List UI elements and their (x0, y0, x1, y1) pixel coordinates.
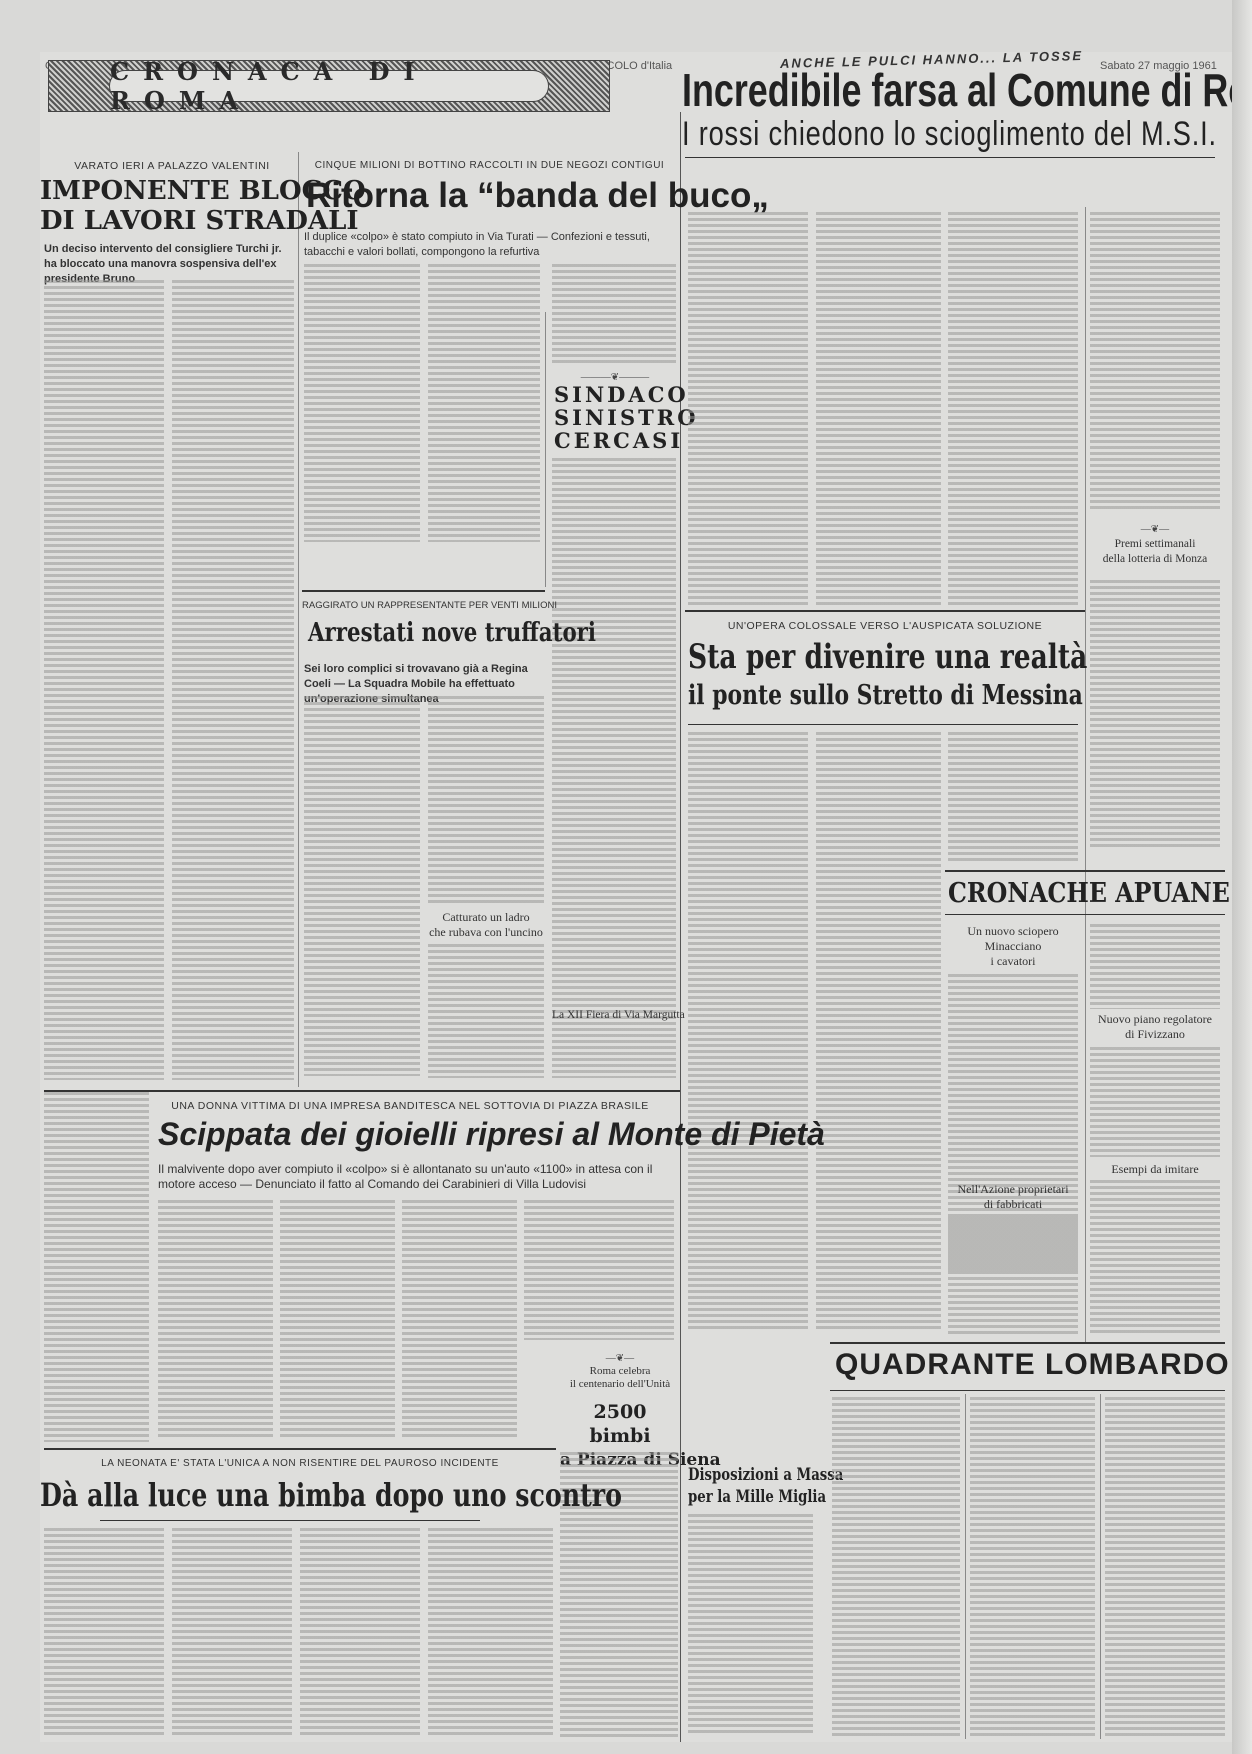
headline-rule (685, 157, 1215, 158)
section-rule (302, 590, 545, 592)
article-body-text (1090, 580, 1220, 850)
article-headline: Dà alla luce una bimba dopo uno scontro (40, 1476, 622, 1514)
column-divider (1085, 207, 1086, 1342)
article-headline: Un nuovo sciopero Minacciano i cavatori (948, 924, 1078, 969)
article-body-text (428, 264, 540, 542)
article-body-text (688, 1514, 813, 1736)
section-rule (830, 1390, 1225, 1391)
article-kicker: UN'OPERA COLOSSALE VERSO L'AUSPICATA SOL… (685, 620, 1085, 632)
article-body-text (304, 696, 420, 1076)
column-divider (965, 1394, 966, 1739)
article-body-text (1090, 212, 1220, 512)
article-body-text (1090, 924, 1220, 1009)
article-kicker: UNA DONNA VITTIMA DI UNA IMPRESA BANDITE… (140, 1100, 680, 1112)
section-banner: CRONACA DI ROMA (48, 60, 610, 112)
newspaper-page: Quarta pagina IL SECOLO d'Italia Sabato … (40, 52, 1232, 1742)
article-headline: Arrestati nove truffatori (308, 618, 596, 648)
article-body-text (44, 280, 164, 1080)
article-body-text (832, 1397, 960, 1737)
section-rule (830, 1342, 1225, 1344)
article-body-text (428, 696, 544, 906)
article-headline: Nuovo piano regolatore di Fivizzano (1090, 1012, 1220, 1042)
article-headline: Incredibile farsa al Comune di Rovigo (682, 66, 1252, 114)
boxed-headline: ———❦——— SINDACO SINISTRO CERCASI (554, 372, 676, 452)
article-body-text (1090, 1180, 1220, 1335)
headline-rule (100, 1520, 480, 1521)
section-rule (945, 914, 1225, 915)
section-rule (685, 610, 1085, 612)
column-divider (1100, 1394, 1101, 1739)
article-body-text (1090, 1047, 1220, 1157)
article-headline: Ritorna la “banda del buco„ (306, 176, 769, 216)
article-body-text (428, 1528, 553, 1738)
ornament-divider: —❦— (1090, 522, 1220, 537)
article-kicker: CINQUE MILIONI DI BOTTINO RACCOLTI IN DU… (302, 160, 677, 171)
article-body-text (948, 212, 1078, 607)
section-rule (945, 870, 1225, 872)
article-headline: Sta per divenire una realtà (688, 638, 1087, 676)
article-headline: IMPONENTE BLOCCO DI LAVORI STRADALI (40, 176, 298, 236)
article-headline: Scippata dei gioielli ripresi al Monte d… (158, 1116, 825, 1153)
column-divider (680, 112, 681, 1742)
section-title: CRONACHE APUANE (948, 878, 1230, 909)
article-body-text (172, 280, 294, 1080)
article-body-text (44, 1092, 149, 1442)
section-title: QUADRANTE LOMBARDO (835, 1348, 1230, 1382)
article-body-text (280, 1200, 395, 1440)
article-body-text (948, 732, 1078, 862)
article-subheadline: il ponte sullo Stretto di Messina (688, 680, 1083, 712)
article-headline: Esempi da imitare (1090, 1162, 1220, 1177)
article-kicker: —❦— Roma celebra il centenario dell'Unit… (560, 1352, 680, 1391)
section-banner-title: CRONACA DI ROMA (109, 70, 549, 102)
article-body-text (402, 1200, 517, 1440)
ornament-divider: —❦— (560, 1352, 680, 1365)
article-body-text (816, 732, 941, 1332)
article-body-text (688, 212, 808, 607)
headline-rule (688, 724, 1078, 725)
article-body-text (552, 458, 676, 1078)
article-headline: Nell'Azione proprietari di fabbricati (948, 1182, 1078, 1212)
article-body-text (816, 212, 941, 607)
article-headline: Catturato un ladro che rubava con l'unci… (428, 910, 544, 940)
article-headline: La XII Fiera di Via Margutta (552, 1008, 678, 1023)
article-body-text (300, 1528, 420, 1738)
article-body-text (688, 732, 808, 1332)
article-body-text (524, 1200, 674, 1340)
article-subheadline: I rossi chiedono lo scioglimento del M.S… (682, 116, 1217, 152)
article-body-text (304, 264, 420, 542)
page-edge (1232, 0, 1252, 1754)
column-divider (545, 312, 546, 587)
article-body-text (552, 264, 676, 364)
article-body-text (970, 1397, 1095, 1737)
article-body-text (1105, 1397, 1225, 1737)
article-body-text (44, 1528, 164, 1738)
article-headline: Disposizioni a Massa per la Mille Miglia (688, 1464, 843, 1508)
article-body-text (158, 1200, 273, 1440)
article-headline: —❦— Premi settimanali della lotteria di … (1090, 522, 1220, 567)
article-kicker: VARATO IERI A PALAZZO VALENTINI (52, 160, 292, 172)
column-divider (298, 152, 299, 1087)
article-body-text (172, 1528, 292, 1738)
article-deck: Il duplice «colpo» è stato compiuto in V… (304, 230, 676, 260)
article-kicker: LA NEONATA E' STATA L'UNICA A NON RISENT… (44, 1458, 556, 1469)
article-body-text (428, 944, 544, 1078)
section-rule (44, 1448, 556, 1450)
article-kicker: RAGGIRATO UN RAPPRESENTANTE PER VENTI MI… (302, 600, 545, 611)
article-deck: Il malvivente dopo aver compiuto il «col… (158, 1162, 680, 1192)
article-body-text (948, 1217, 1078, 1335)
